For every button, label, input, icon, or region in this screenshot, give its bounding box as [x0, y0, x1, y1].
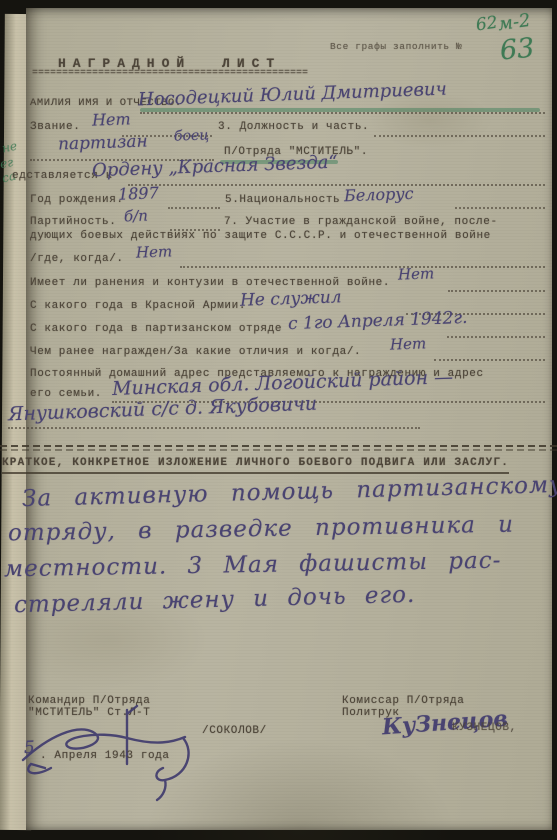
corner-crossed-number: 62	[475, 13, 499, 36]
commissar-role-line1: Комиссар П/Отряда	[342, 695, 464, 707]
field-party-value: б/п	[124, 207, 148, 226]
field-address-label-2: его семьи.	[30, 388, 102, 400]
field-nationality-label: 5.Национальность	[225, 194, 340, 206]
dotted-leader	[8, 426, 420, 429]
commissar-name: КУЗНЕЦОВ,	[452, 722, 517, 734]
dotted-leader	[448, 289, 545, 292]
dotted-leader	[140, 111, 545, 114]
field-warservice-label-3: /где, когда/.	[30, 253, 124, 265]
field-warservice-label-1: 7. Участие в гражданской войне, после-	[224, 216, 498, 228]
field-birthyear-value: 1897	[118, 183, 159, 203]
field-position-insert: боец	[174, 127, 210, 144]
section-separator	[0, 449, 557, 451]
fill-note: Все графы заполнить №	[330, 41, 462, 52]
field-redarmy-label: С какого года в Красной Армии.	[30, 300, 246, 312]
field-prior-awards-label: Чем ранее награжден/За какие отличия и к…	[30, 346, 361, 358]
field-rank-value: Нет	[92, 109, 131, 129]
field-warservice-value: Нет	[136, 242, 173, 261]
dotted-leader	[434, 358, 545, 361]
field-birthyear-label: Год рождения.	[30, 194, 124, 206]
field-party-label: Партийность.	[30, 216, 116, 228]
dotted-leader	[128, 183, 545, 186]
dotted-leader	[455, 206, 545, 209]
field-wounds-value: Нет	[398, 264, 435, 283]
dotted-leader	[168, 206, 220, 209]
date-day-handwritten: 5	[24, 738, 36, 758]
corner-mark: м-2	[497, 10, 532, 35]
summary-header: КРАТКОЕ, КОНКРЕТНОЕ ИЗЛОЖЕНИЕ ЛИЧНОГО БО…	[2, 457, 509, 474]
field-rank-label: Звание.	[30, 121, 80, 133]
section-separator	[0, 445, 557, 447]
field-redarmy-value: Не служил	[240, 287, 342, 311]
dotted-leader	[180, 265, 545, 268]
date-typed: . Апреля 1943 года	[40, 750, 170, 762]
title-underline: ========================================…	[32, 68, 308, 79]
page-number: 63	[499, 33, 536, 67]
dotted-leader	[374, 134, 545, 137]
dotted-leader	[447, 335, 545, 338]
field-warservice-label-2: дующих боевых действиях по защите С.С.С.…	[30, 230, 491, 242]
commander-name: /СОКОЛОВ/	[202, 725, 267, 737]
field-position-label: 3. Должность и часть.	[218, 121, 369, 133]
field-position-hand: партизан	[58, 131, 148, 154]
field-partisan-since-label: С какого года в партизанском отряде	[30, 323, 282, 335]
field-nationality-value: Белорус	[344, 184, 414, 205]
field-prior-awards-value: Нет	[390, 334, 427, 353]
